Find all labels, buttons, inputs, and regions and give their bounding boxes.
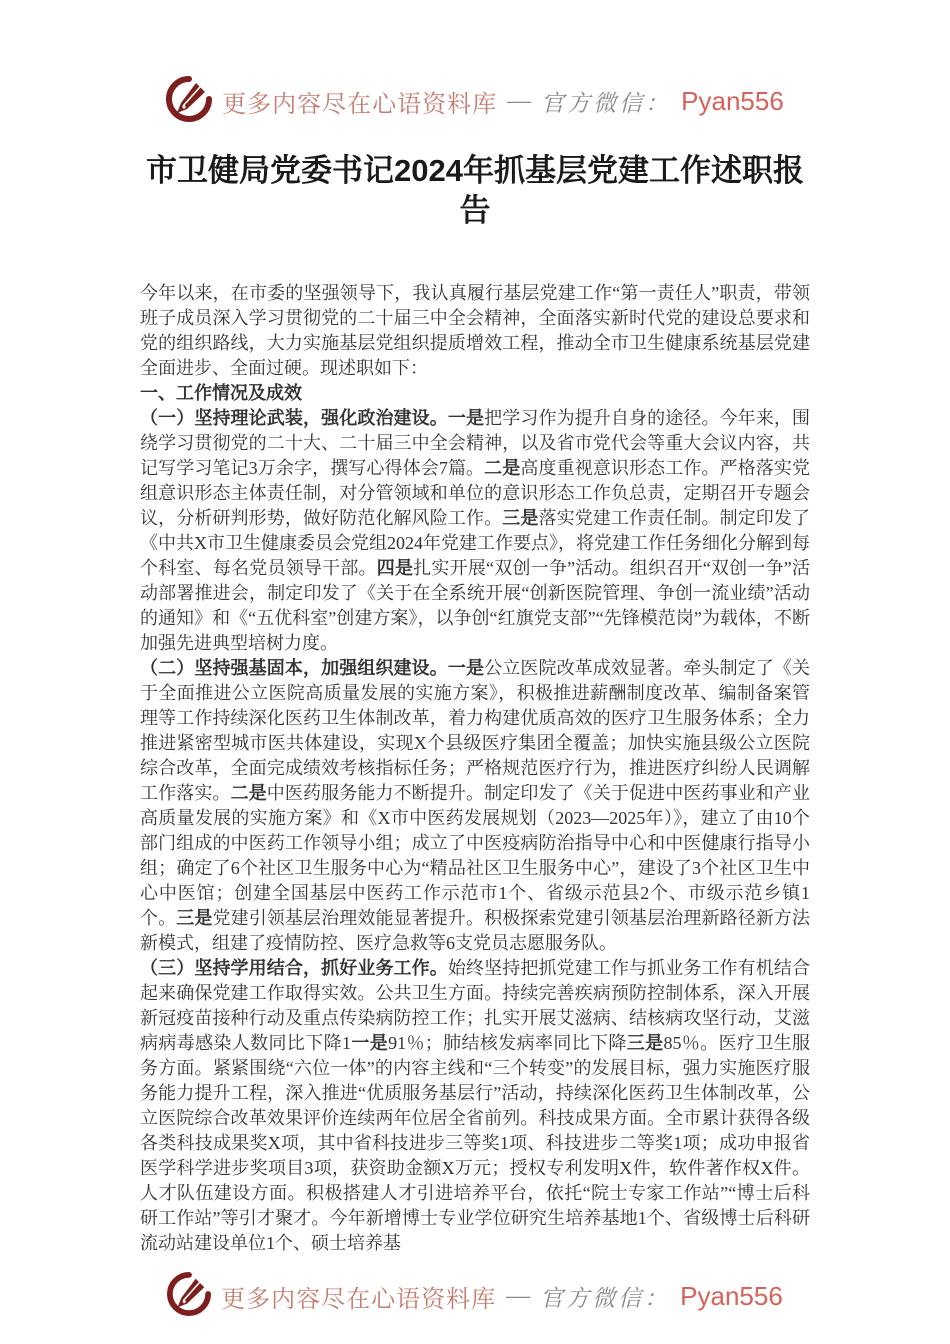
footer-brand-bar: 更多内容尽在心语资料库—官方微信： Pyan556 bbox=[140, 1272, 810, 1321]
brand-text: 更多内容尽在心语资料库 bbox=[222, 84, 497, 119]
header-brand-bar: 更多内容尽在心语资料库—官方微信： Pyan556 bbox=[140, 0, 810, 127]
page: 更多内容尽在心语资料库—官方微信： Pyan556 市卫健局党委书记2024年抓… bbox=[140, 0, 810, 1321]
page-title: 市卫健局党委书记2024年抓基层党建工作述职报告 bbox=[140, 151, 810, 231]
wechat-label: 官方微信： bbox=[541, 85, 671, 118]
paragraph: （一）坚持理论武装，强化政治建设。一是把学习作为提升自身的途径。今年来，围绕学习… bbox=[140, 406, 810, 656]
text-run: 一是 bbox=[448, 408, 484, 428]
text-run: 91％；肺结核发病率同比下降 bbox=[388, 1033, 627, 1053]
text-run: 三是 bbox=[502, 508, 538, 528]
wechat-label: 官方微信： bbox=[540, 1280, 670, 1313]
text-run: 一是 bbox=[448, 658, 484, 678]
text-run: 一、工作情况及成效 bbox=[140, 383, 302, 403]
text-run: 三是 bbox=[627, 1033, 664, 1053]
text-run: 二是 bbox=[484, 458, 520, 478]
text-run: 党建引领基层治理效能显著提升。积极探索党建引领基层治理新路径新方法新模式，组建了… bbox=[140, 908, 810, 953]
paragraph: （三）坚持学用结合，抓好业务工作。始终坚持把抓党建工作与抓业务工作有机结合起来确… bbox=[140, 956, 810, 1256]
text-run: 四是 bbox=[377, 558, 413, 578]
text-run: 今年以来，在市委的坚强领导下，我认真履行基层党建工作“第一责任人”职责，带领班子… bbox=[140, 283, 810, 378]
text-run: （三）坚持学用结合，抓好业务工作。 bbox=[140, 958, 448, 978]
wechat-id: Pyan556 bbox=[680, 1281, 783, 1312]
text-run: （一）坚持理论武装，强化政治建设。 bbox=[140, 408, 448, 428]
brand-text: 更多内容尽在心语资料库 bbox=[221, 1279, 496, 1314]
paragraph: 一、工作情况及成效 bbox=[140, 381, 810, 406]
text-run: 一是 bbox=[351, 1033, 388, 1053]
document-body: 今年以来，在市委的坚强领导下，我认真履行基层党建工作“第一责任人”职责，带领班子… bbox=[140, 281, 810, 1256]
text-run: 二是 bbox=[231, 783, 267, 803]
text-run: 中医药服务能力不断提升。制定印发了《关于促进中医药事业和产业高质量发展的实施方案… bbox=[140, 783, 810, 928]
brand-separator: — bbox=[506, 1283, 530, 1310]
paragraph: （二）坚持强基固本，加强组织建设。一是公立医院改革成效显著。牵头制定了《关于全面… bbox=[140, 656, 810, 956]
paragraph: 今年以来，在市委的坚强领导下，我认真履行基层党建工作“第一责任人”职责，带领班子… bbox=[140, 281, 810, 381]
pen-nib-badge-icon bbox=[166, 76, 212, 127]
brand-separator: — bbox=[507, 88, 531, 115]
pen-nib-badge-icon bbox=[167, 1272, 211, 1321]
text-run: 三是 bbox=[176, 908, 212, 928]
text-run: （二）坚持强基固本，加强组织建设。 bbox=[140, 658, 448, 678]
wechat-id: Pyan556 bbox=[681, 86, 784, 117]
text-run: 85％。医疗卫生服务方面。紧紧围绕“六位一体”的内容主线和“三个转变”的发展目标… bbox=[140, 1033, 810, 1253]
text-run: 公立医院改革成效显著。牵头制定了《关于全面推进公立医院高质量发展的实施方案》，积… bbox=[140, 658, 810, 803]
